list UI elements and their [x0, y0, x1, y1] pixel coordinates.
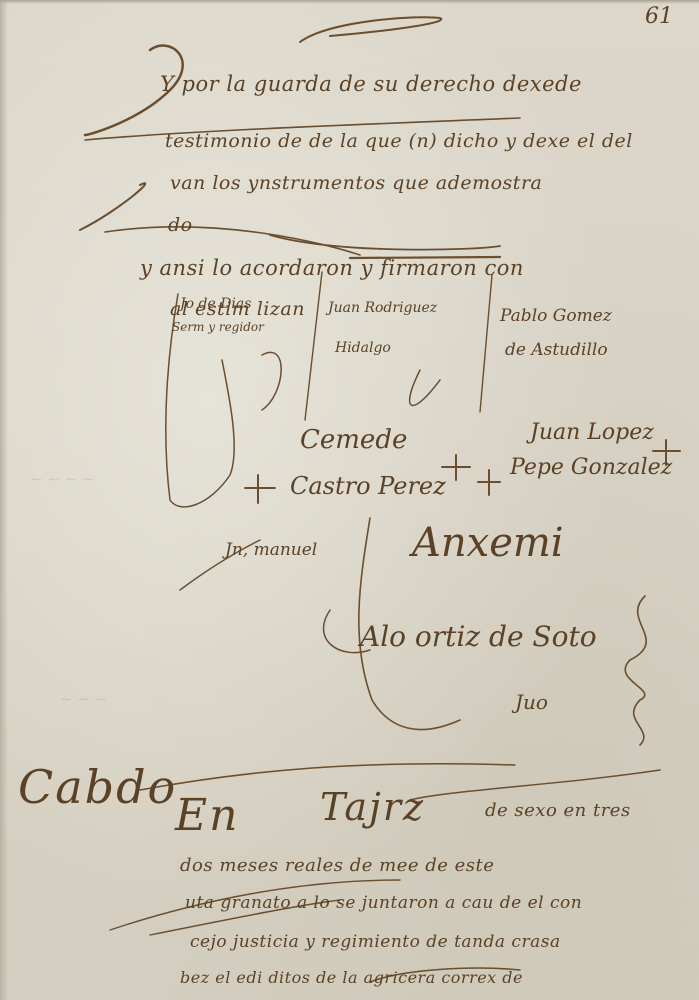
signature-name: Juo: [515, 690, 548, 714]
signature-name: Pablo Gomez: [500, 306, 612, 326]
signature-name: Anxemi: [412, 520, 564, 566]
text-line: cejo justicia y regimiento de tanda cras…: [190, 932, 561, 952]
signature-name: Castro Perez: [290, 472, 446, 500]
signature-name: Jn, manuel: [225, 540, 317, 560]
signature-title: de Astudillo: [505, 340, 608, 360]
manuscript-page: ~ ~ ~ ~ ~ ~ ~ 6: [0, 0, 699, 1000]
heading-word: Tajrz: [320, 785, 425, 829]
text-line: de sexo en tres: [485, 800, 631, 821]
signature-name: Cemede: [300, 425, 407, 455]
margin-note: Cabdo: [18, 760, 177, 814]
signature-name: Pepe Gonzalez: [510, 455, 672, 480]
signature-name: Alo ortiz de Soto: [360, 620, 597, 653]
signature-title: Hidalgo: [335, 340, 391, 356]
text-line: testimonio de de la que (n) dicho y dexe…: [165, 130, 633, 152]
text-line: uta granato a lo se juntaron a cau de el…: [185, 893, 582, 913]
text-line: y ansi lo acordaron y firmaron con: [140, 256, 524, 280]
signature-name: Juan Lopez: [530, 420, 654, 445]
text-line: Y por la guarda de su derecho dexede: [160, 72, 582, 96]
text-line: do: [168, 214, 193, 236]
text-line: van los ynstrumentos que ademostra: [170, 172, 542, 194]
text-line: dos meses reales de mee de este: [180, 855, 494, 876]
folio-number: 61: [645, 4, 673, 29]
text-line: bez el edi ditos de la agricera correx d…: [180, 968, 523, 987]
heading-word: En: [175, 790, 239, 841]
signature-name: Jo de Dias: [180, 296, 251, 312]
signature-name: Juan Rodriguez: [328, 300, 437, 316]
signature-title: Serm y regidor: [172, 320, 264, 334]
